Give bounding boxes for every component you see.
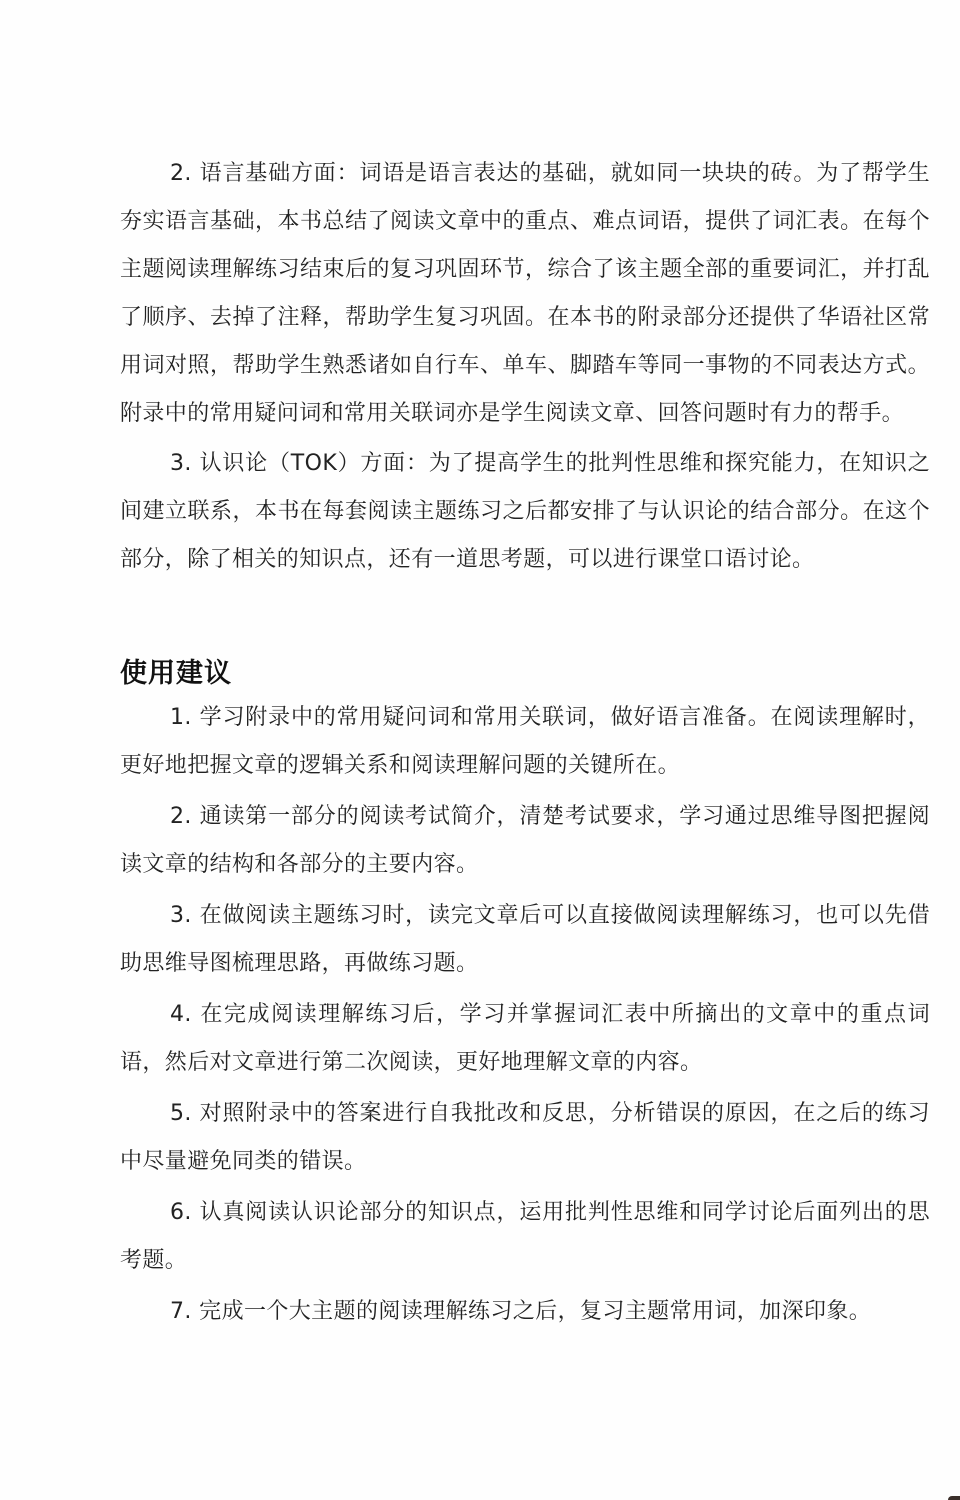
usage-item-2: 2. 通读第一部分的阅读考试简介，清楚考试要求，学习通过思维导图把握阅读文章的结… [120,793,930,889]
usage-list: 1. 学习附录中的常用疑问词和常用关联词，做好语言准备。在阅读理解时，更好地把握… [120,694,930,1336]
usage-item-1: 1. 学习附录中的常用疑问词和常用关联词，做好语言准备。在阅读理解时，更好地把握… [120,694,930,790]
usage-item-4: 4. 在完成阅读理解练习后，学习并掌握词汇表中所摘出的文章中的重点词语，然后对文… [120,991,930,1087]
features-list: 2. 语言基础方面：词语是语言表达的基础，就如同一块块的砖。为了帮学生夯实语言基… [120,150,930,584]
document-page: 2. 语言基础方面：词语是语言表达的基础，就如同一块块的砖。为了帮学生夯实语言基… [120,150,930,1339]
usage-item-3: 3. 在做阅读主题练习时，读完文章后可以直接做阅读理解练习，也可以先借助思维导图… [120,892,930,988]
feature-item-language-basics: 2. 语言基础方面：词语是语言表达的基础，就如同一块块的砖。为了帮学生夯实语言基… [120,150,930,438]
feature-item-tok: 3. 认识论（TOK）方面：为了提高学生的批判性思维和探究能力，在知识之间建立联… [120,440,930,584]
section-title-usage: 使用建议 [120,654,930,694]
usage-item-7: 7. 完成一个大主题的阅读理解练习之后，复习主题常用词，加深印象。 [120,1288,930,1336]
usage-item-6: 6. 认真阅读认识论部分的知识点，运用批判性思维和同学讨论后面列出的思考题。 [120,1189,930,1285]
usage-item-5: 5. 对照附录中的答案进行自我批改和反思，分析错误的原因，在之后的练习中尽量避免… [120,1090,930,1186]
scan-edge-artifact [948,1496,960,1500]
